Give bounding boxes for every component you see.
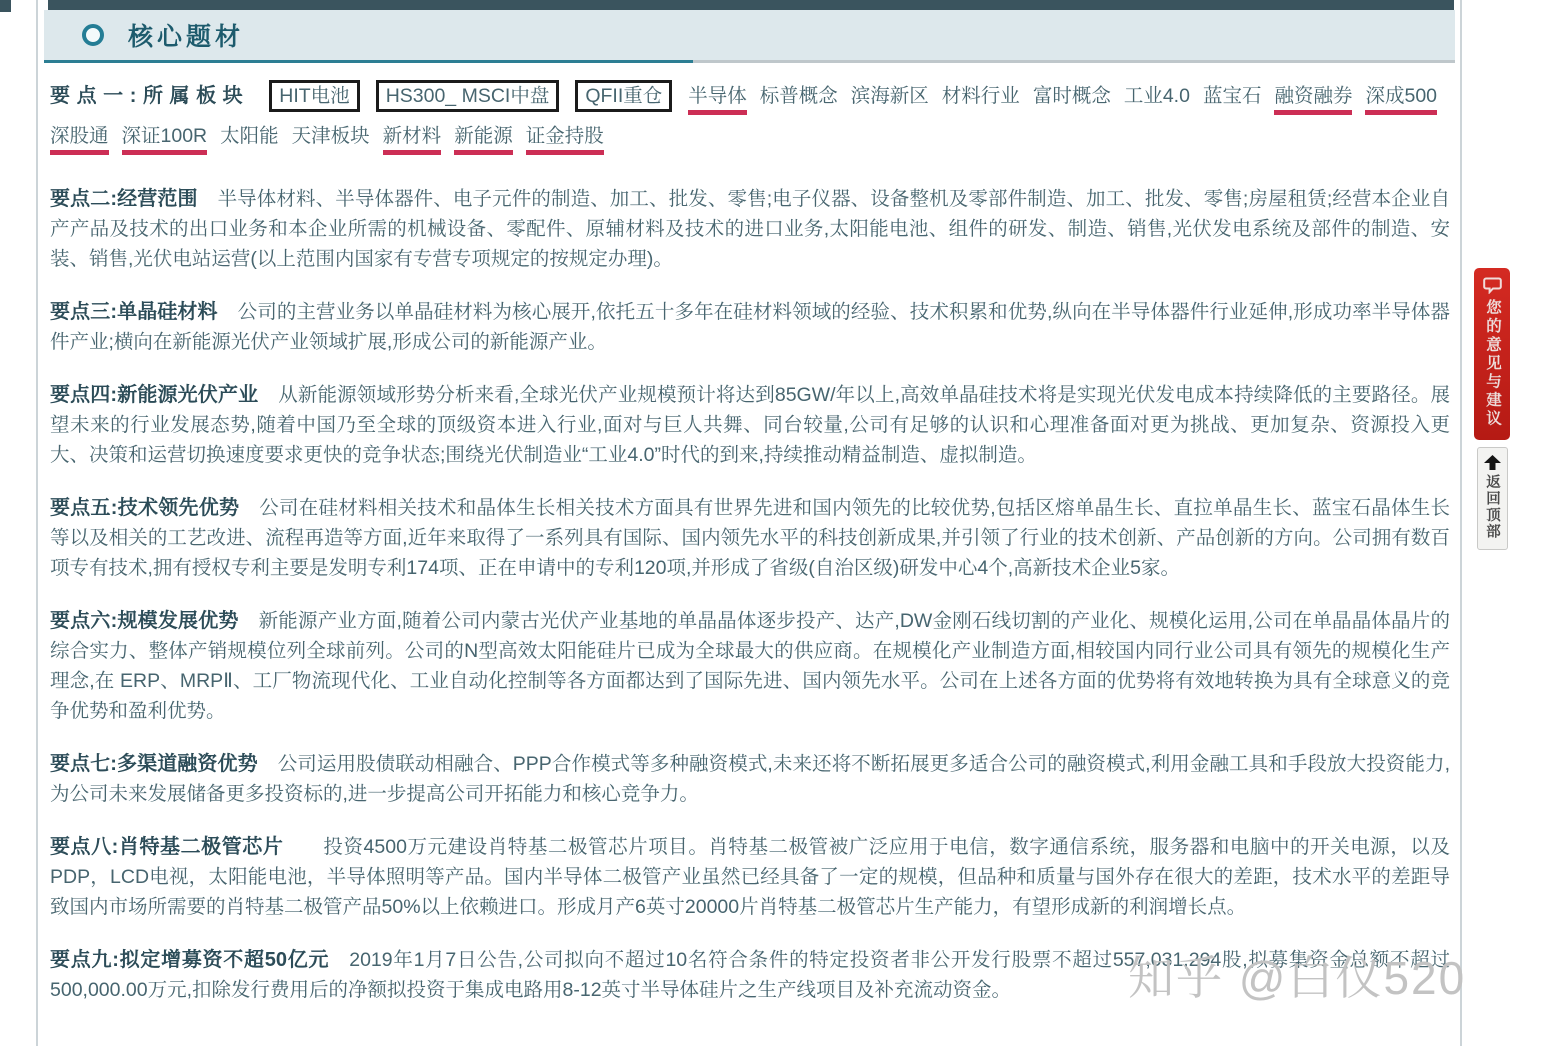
bullet-circle-icon bbox=[82, 24, 104, 46]
board-tag[interactable]: 太阳能 bbox=[220, 123, 279, 149]
header-divider bbox=[44, 60, 1455, 63]
board-tag[interactable]: 新能源 bbox=[454, 123, 513, 155]
board-tag[interactable]: 天津板块 bbox=[292, 123, 370, 149]
points-list: 要点一:所属板块HIT电池HS300_ MSCI中盘QFII重仓半导体标普概念滨… bbox=[50, 80, 1450, 1028]
up-arrow-icon bbox=[1484, 455, 1501, 470]
point-label: 技术领先优势 bbox=[117, 497, 239, 519]
point-label: 单晶硅材料 bbox=[117, 301, 218, 323]
board-tag[interactable]: HIT电池 bbox=[269, 80, 359, 112]
board-tag[interactable]: 标普概念 bbox=[760, 83, 838, 109]
point-prefix: 要点六: bbox=[50, 610, 117, 632]
board-tag[interactable]: QFII重仓 bbox=[575, 80, 672, 112]
point-label: 肖特基二极管芯片 bbox=[118, 836, 283, 858]
board-tag[interactable]: 材料行业 bbox=[942, 83, 1020, 109]
watermark: 知乎 @白仪520 bbox=[1128, 942, 1466, 1008]
point-text: 公司的主营业务以单晶硅材料为核心展开,依托五十多年在硅材料领域的经验、技术积累和… bbox=[50, 301, 1450, 353]
point-prefix: 要点五: bbox=[50, 497, 117, 519]
corner-mark bbox=[0, 0, 11, 12]
point-3: 要点三:单晶硅材料公司的主营业务以单晶硅材料为核心展开,依托五十多年在硅材料领域… bbox=[50, 297, 1450, 357]
point-1: 要点一:所属板块HIT电池HS300_ MSCI中盘QFII重仓半导体标普概念滨… bbox=[50, 80, 1450, 161]
point-label: 多渠道融资优势 bbox=[117, 753, 258, 775]
point-prefix: 要点九: bbox=[50, 949, 119, 971]
board-tag[interactable]: 工业4.0 bbox=[1124, 83, 1190, 109]
feedback-label: 您的意见与建议 bbox=[1481, 299, 1503, 429]
board-tag[interactable]: 蓝宝石 bbox=[1203, 83, 1262, 109]
speech-bubble-icon bbox=[1483, 277, 1502, 294]
point-text: 从新能源领域形势分析来看,全球光伏产业规模预计将达到85GW/年以上,高效单晶硅… bbox=[50, 384, 1450, 466]
board-tag[interactable]: 深证100R bbox=[122, 123, 208, 155]
section-header: 核心题材 bbox=[44, 10, 1455, 60]
point-8: 要点八:肖特基二极管芯片 投资4500万元建设肖特基二极管芯片项目。肖特基二极管… bbox=[50, 832, 1450, 922]
point-prefix: 要点二: bbox=[50, 188, 117, 210]
back-to-top-label: 返回顶部 bbox=[1482, 474, 1503, 540]
point-text: 公司运用股债联动相融合、PPP合作模式等多种融资模式,未来还将不断拓展更多适合公… bbox=[50, 753, 1450, 805]
point-5: 要点五:技术领先优势公司在硅材料相关技术和晶体生长相关技术方面具有世界先进和国内… bbox=[50, 493, 1450, 583]
point-label: 拟定增募资不超50亿元 bbox=[119, 949, 329, 971]
point-prefix: 要点八: bbox=[50, 836, 118, 858]
page-title: 核心题材 bbox=[128, 17, 244, 53]
board-tags: HIT电池HS300_ MSCI中盘QFII重仓半导体标普概念滨海新区材料行业富… bbox=[50, 85, 1450, 147]
point-4: 要点四:新能源光伏产业从新能源领域形势分析来看,全球光伏产业规模预计将达到85G… bbox=[50, 380, 1450, 470]
back-to-top-button[interactable]: 返回顶部 bbox=[1477, 447, 1508, 550]
board-tag[interactable]: 半导体 bbox=[688, 83, 747, 115]
point-label: 所属板块 bbox=[136, 85, 249, 107]
board-tag[interactable]: 融资融券 bbox=[1274, 83, 1352, 115]
point-label: 经营范围 bbox=[117, 188, 198, 210]
point-7: 要点七:多渠道融资优势公司运用股债联动相融合、PPP合作模式等多种融资模式,未来… bbox=[50, 749, 1450, 809]
top-bar bbox=[48, 0, 1454, 10]
point-label: 新能源光伏产业 bbox=[117, 384, 258, 406]
point-prefix: 要点七: bbox=[50, 753, 117, 775]
point-2: 要点二:经营范围半导体材料、半导体器件、电子元件的制造、加工、批发、零售;电子仪… bbox=[50, 184, 1450, 274]
point-text: 新能源产业方面,随着公司内蒙古光伏产业基地的单晶晶体逐步投产、达产,DW金刚石线… bbox=[50, 610, 1450, 722]
board-tag[interactable]: 富时概念 bbox=[1033, 83, 1111, 109]
board-tag[interactable]: 深股通 bbox=[50, 123, 109, 155]
point-prefix: 要点四: bbox=[50, 384, 117, 406]
board-tag[interactable]: 滨海新区 bbox=[851, 83, 929, 109]
content-panel: 核心题材 要点一:所属板块HIT电池HS300_ MSCI中盘QFII重仓半导体… bbox=[36, 0, 1462, 1046]
board-tag[interactable]: 深成500 bbox=[1365, 83, 1437, 115]
point-label: 规模发展优势 bbox=[117, 610, 238, 632]
board-tag[interactable]: 证金持股 bbox=[526, 123, 604, 155]
board-tag[interactable]: HS300_ MSCI中盘 bbox=[376, 80, 560, 112]
point-prefix: 要点三: bbox=[50, 301, 117, 323]
point-6: 要点六:规模发展优势新能源产业方面,随着公司内蒙古光伏产业基地的单晶晶体逐步投产… bbox=[50, 606, 1450, 726]
feedback-button[interactable]: 您的意见与建议 bbox=[1474, 268, 1510, 440]
point-text: 半导体材料、半导体器件、电子元件的制造、加工、批发、零售;电子仪器、设备整机及零… bbox=[50, 188, 1450, 270]
point-text: 公司在硅材料相关技术和晶体生长相关技术方面具有世界先进和国内领先的比较优势,包括… bbox=[50, 497, 1450, 579]
board-tag[interactable]: 新材料 bbox=[383, 123, 442, 155]
point-prefix: 要点一: bbox=[50, 85, 136, 107]
